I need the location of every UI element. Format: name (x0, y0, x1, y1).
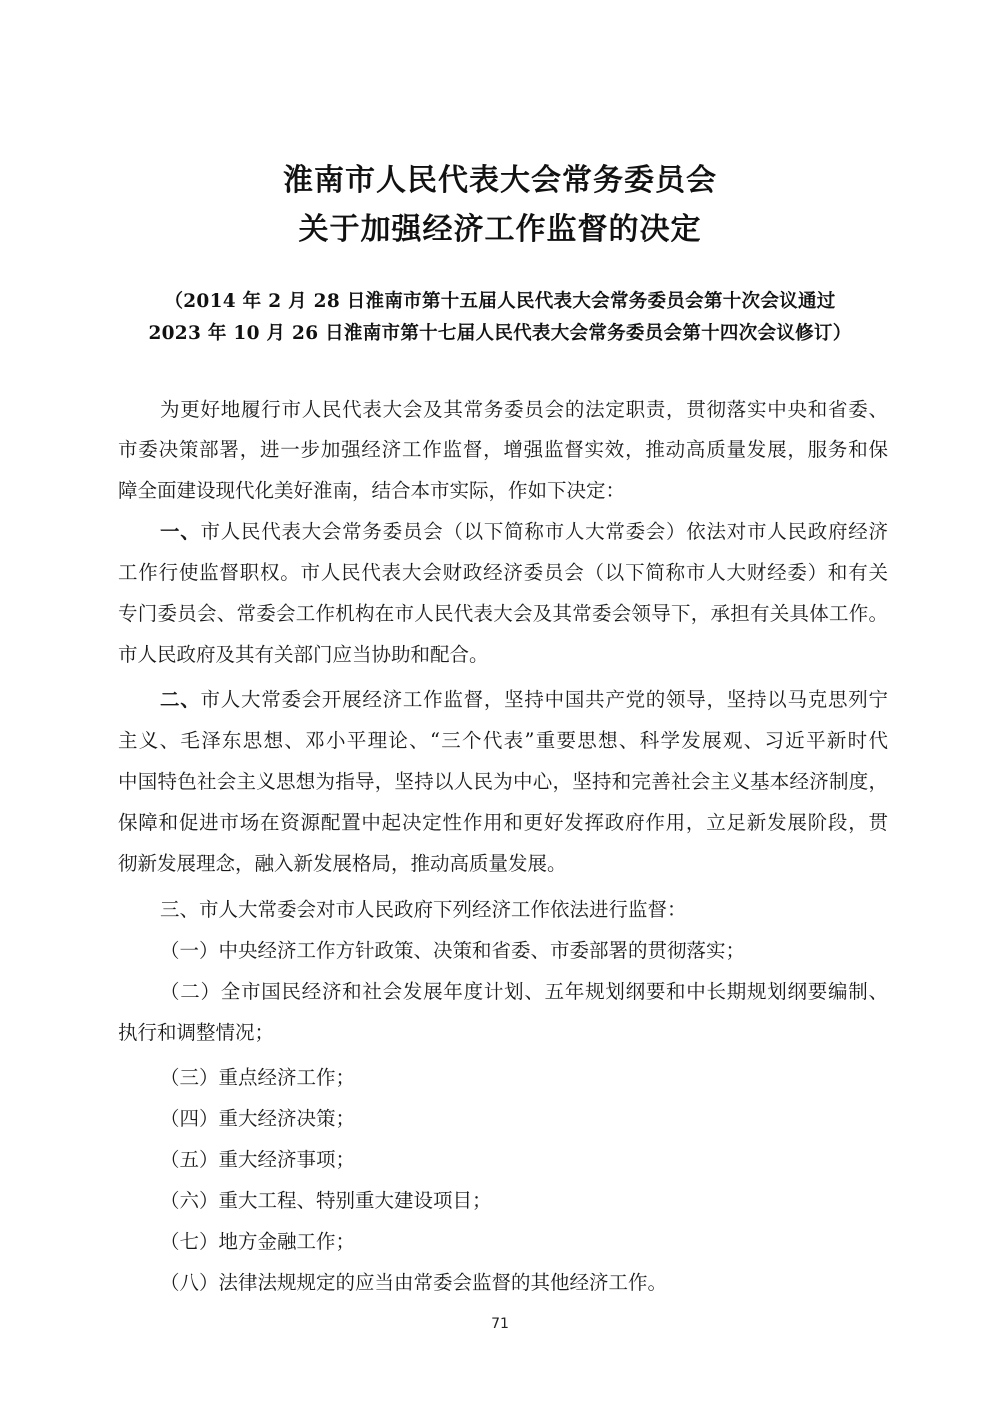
article-3-item-7: （七）地方金融工作； (160, 1228, 355, 1256)
article-3-item-3: （三）重点经济工作； (160, 1064, 355, 1092)
article-3-item-5: （五）重大经济事项； (160, 1146, 355, 1174)
article-1-number: 一、 (160, 520, 200, 543)
article-3-item-2: （二）全市国民经济和社会发展年度计划、五年规划纲要和中长期规划纲要编制、 (160, 978, 888, 1006)
document-title-line-2: 关于加强经济工作监督的决定 (0, 204, 1000, 248)
preamble-line-2: 市委决策部署，进一步加强经济工作监督，增强监督实效，推动高质量发展，服务和保 (118, 436, 888, 464)
article-1-line-4: 市人民政府及其有关部门应当协助和配合。 (118, 641, 888, 669)
page-number: 71 (0, 1316, 1000, 1332)
article-1-line-2: 工作行使监督职权。市人民代表大会财政经济委员会（以下简称市人大财经委）和有关 (118, 559, 888, 587)
article-3-item-6: （六）重大工程、特别重大建设项目； (160, 1187, 492, 1215)
article-2-text: 市人大常委会开展经济工作监督，坚持中国共产党的领导，坚持以马克思列宁 (200, 688, 888, 711)
article-1-line-3: 专门委员会、常委会工作机构在市人民代表大会及其常委会领导下，承担有关具体工作。 (118, 600, 888, 628)
document-title-line-1: 淮南市人民代表大会常务委员会 (0, 155, 1000, 199)
adoption-note-line-2: 2023 年 10 月 26 日淮南市第十七届人民代表大会常务委员会第十四次会议… (0, 319, 1000, 345)
article-2-line-2: 主义、毛泽东思想、邓小平理论、“三个代表”重要思想、科学发展观、习近平新时代 (118, 727, 888, 755)
article-2-number: 二、 (160, 688, 200, 711)
article-3-item-4: （四）重大经济决策； (160, 1105, 355, 1133)
article-1-line-1: 一、市人民代表大会常务委员会（以下简称市人大常委会）依法对市人民政府经济 (160, 518, 888, 546)
article-3-item-8: （八）法律法规规定的应当由常委会监督的其他经济工作。 (160, 1269, 667, 1297)
article-3-item-2-cont: 执行和调整情况； (118, 1019, 274, 1047)
preamble-line-1: 为更好地履行市人民代表大会及其常务委员会的法定职责，贯彻落实中央和省委、 (160, 396, 888, 424)
article-3-number: 三、 (160, 898, 199, 921)
article-2-line-5: 彻新发展理念，融入新发展格局，推动高质量发展。 (118, 850, 888, 878)
document-page: 淮南市人民代表大会常务委员会 关于加强经济工作监督的决定 （2014 年 2 月… (0, 0, 1000, 1415)
article-3-item-1: （一）中央经济工作方针政策、决策和省委、市委部署的贯彻落实； (160, 937, 745, 965)
article-1-text: 市人民代表大会常务委员会（以下简称市人大常委会）依法对市人民政府经济 (200, 520, 888, 543)
article-3-intro: 三、市人大常委会对市人民政府下列经济工作依法进行监督： (160, 896, 687, 924)
preamble-line-3: 障全面建设现代化美好淮南，结合本市实际，作如下决定： (118, 477, 888, 505)
adoption-note-line-1: （2014 年 2 月 28 日淮南市第十五届人民代表大会常务委员会第十次会议通… (0, 287, 1000, 313)
article-2-line-1: 二、市人大常委会开展经济工作监督，坚持中国共产党的领导，坚持以马克思列宁 (160, 686, 888, 714)
article-3-text: 市人大常委会对市人民政府下列经济工作依法进行监督： (199, 898, 687, 921)
article-2-line-3: 中国特色社会主义思想为指导，坚持以人民为中心，坚持和完善社会主义基本经济制度， (118, 768, 888, 796)
article-2-line-4: 保障和促进市场在资源配置中起决定性作用和更好发挥政府作用，立足新发展阶段，贯 (118, 809, 888, 837)
